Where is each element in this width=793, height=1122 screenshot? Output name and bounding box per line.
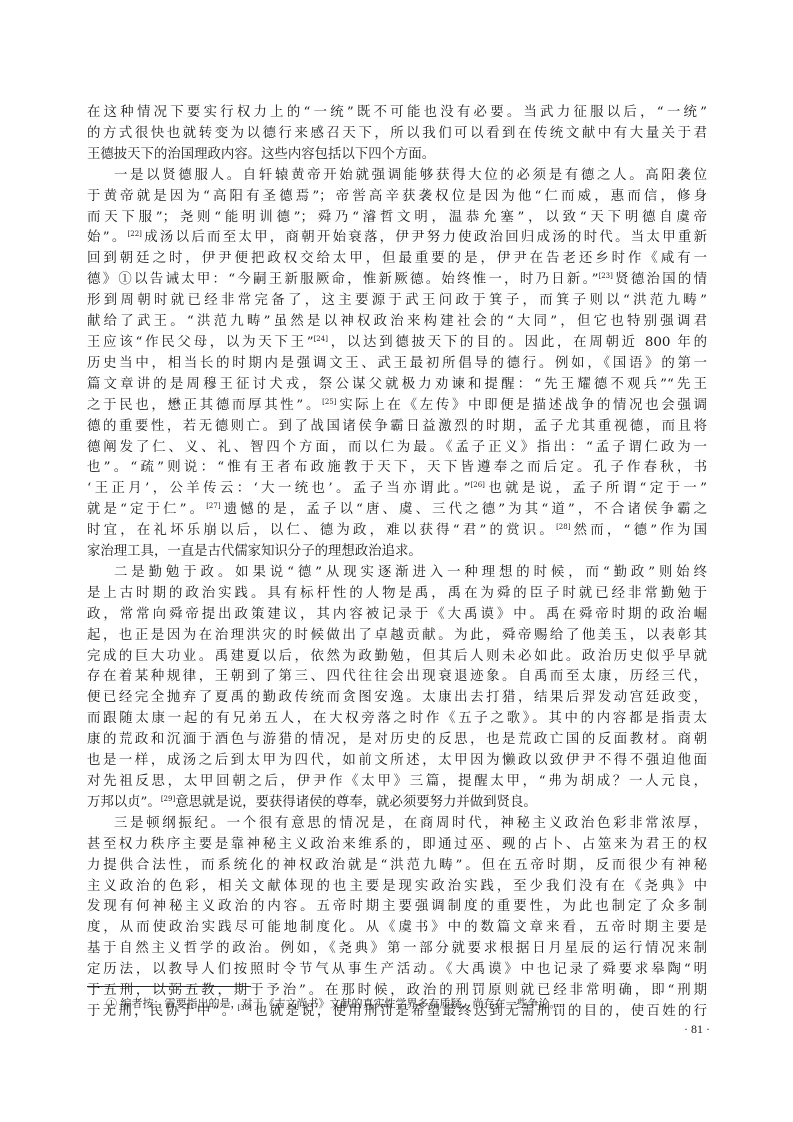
text-line: 王德披天下的治国理政内容。这些内容包括以下四个方面。 bbox=[87, 145, 707, 166]
text-line: 也是一样，成汤之后到太甲为四代，如前文所述，太甲因为懒政以致伊尹不得不强迫他面 bbox=[87, 751, 707, 772]
text-line: 一是以贤德服人。自轩辕黄帝开始就强调能够获得大位的必须是有德之人。高阳袭位 bbox=[87, 166, 707, 187]
text-line: 便已经完全抛弃了夏禹的勤政传统而贪图安逸。太康出去打猎，结果后羿发动宫廷政变， bbox=[87, 688, 707, 709]
text-line: 主义政治的色彩，相关文献体现的也主要是现实政治实践，至少我们没有在《尧典》中 bbox=[87, 877, 707, 898]
citation-ref: [24] bbox=[314, 335, 328, 343]
text-line: 康的荒政和沉湎于酒色与游猎的情况，是对历史的反思，也是荒政亡国的反面教材。商朝 bbox=[87, 730, 707, 751]
text-line: ‘王正月’，公羊传云：‘大一统也’。孟子当亦谓此。”[26]也就是说，孟子所谓“… bbox=[87, 479, 707, 500]
text-line: 是上古时期的政治实践。具有标杆性的人物是禹，禹在为舜的臣子时就已经非常勤勉于 bbox=[87, 584, 707, 605]
text-line: 历史当中，相当长的时期内是强调文王、武王最初所倡导的德行。例如，《国语》的第一 bbox=[87, 354, 707, 375]
text-line: 回到朝廷之时，伊尹便把政权交给太甲，但最重要的是，伊尹在告老还乡时作《咸有一 bbox=[87, 249, 707, 270]
text-line: 二是勤勉于政。如果说“德”从现实逐渐进入一种理想的时候，而“勤政”则始终 bbox=[87, 563, 707, 584]
text-line: 甚至权力秩序主要是靠神秘主义政治来维系的，即通过巫、觋的占卜、占筮来为君王的权 bbox=[87, 835, 707, 856]
text-line: 度，从而使政治实践尽可能地制度化。从《虞书》中的数篇文章来看，五帝时期主要是 bbox=[87, 918, 707, 939]
text-line: 起，也正是因为在治理洪灾的时候做出了卓越贡献。为此，舜帝赐给了他美玉，以表彰其 bbox=[87, 626, 707, 647]
text-line: 王应该“作民父母，以为天下王”[24]，以达到德披天下的目的。因此，在周朝近 8… bbox=[87, 333, 707, 354]
text-line: 发现有何神秘主义政治的内容。五帝时期主要强调制度的重要性，为此也制定了众多制 bbox=[87, 897, 707, 918]
body-text: 在这种情况下要实行权力上的“一统”既不可能也没有必要。当武力征服以后，“一统”的… bbox=[87, 103, 707, 1023]
text-line: 三是顿纲振纪。一个很有意思的情况是，在商周时代，神秘主义政治色彩非常浓厚， bbox=[87, 814, 707, 835]
text-line: 始”。[22]成汤以后而至太甲，商朝开始衰落，伊尹努力使政治回归成汤的时代。当太… bbox=[87, 228, 707, 249]
text-line: 德阐发了仁、义、礼、智四个方面，而以仁为最。《孟子正义》指出：“孟子谓仁政为一 bbox=[87, 438, 707, 459]
text-line: 在这种情况下要实行权力上的“一统”既不可能也没有必要。当武力征服以后，“一统” bbox=[87, 103, 707, 124]
text-line: 之于民也，懋正其德而厚其性”。[25]实际上在《左传》中即便是描述战争的情况也会… bbox=[87, 396, 707, 417]
text-line: 篇文章讲的是周穆王征讨犬戎，祭公谋父就极力劝谏和提醒：“先王耀德不观兵”“先王 bbox=[87, 375, 707, 396]
footnote-marker: ① bbox=[106, 997, 117, 1010]
text-line: 家治理工具，一直是古代儒家知识分子的理想政治追求。 bbox=[87, 542, 707, 563]
text-line: 基于自然主义哲学的政治。例如，《尧典》第一部分就要求根据日月星辰的运行情况来制 bbox=[87, 939, 707, 960]
citation-ref: [22] bbox=[128, 230, 142, 238]
text-line: 力提供合法性，而系统化的神权政治就是“洪范九畴”。但在五帝时期，反而很少有神秘 bbox=[87, 856, 707, 877]
citation-ref: [28] bbox=[556, 523, 570, 531]
text-line: 德》①以告诫太甲：“今嗣王新服厥命，惟新厥德。始终惟一，时乃日新。”[23]贤德… bbox=[87, 270, 707, 291]
text-line: 对先祖反思，太甲回朝之后，伊尹作《太甲》三篇，提醒太甲，“弗为胡成？一人元良， bbox=[87, 772, 707, 793]
footnote-text: 编者按：需要指出的是，对于《古文尚书》文献的真实性学界多有质疑，尚存在一些争论。 bbox=[121, 997, 561, 1010]
page-number: · 81 · bbox=[660, 1022, 710, 1037]
text-line: 也”。“疏”则说：“惟有王者布政施教于天下，天下皆遵奉之而后定。孔子作春秋，书 bbox=[87, 458, 707, 479]
text-line: 存在着某种规律，王朝到了第三、四代往往会出现衰退迹象。自禹而至太康，历经三代， bbox=[87, 667, 707, 688]
text-line: 完成的巨大功业。禹建夏以后，依然为政勤勉，但其后人则未必如此。政治历史似乎早就 bbox=[87, 647, 707, 668]
text-line: 政，常常向舜帝提出政策建议，其内容被记录于《大禹谟》中。禹在舜帝时期的政治崛 bbox=[87, 605, 707, 626]
footnote: ① 编者按：需要指出的是，对于《古文尚书》文献的真实性学界多有质疑，尚存在一些争… bbox=[106, 996, 706, 1012]
text-line: 的方式很快也就转变为以德行来感召天下，所以我们可以看到在传统文献中有大量关于君 bbox=[87, 124, 707, 145]
text-line: 而天下服”；尧则“能明训德”；舜乃“濬哲文明，温恭允塞”，以致“天下明德自虞帝 bbox=[87, 208, 707, 229]
text-line: 定历法，以教导人们按照时令节气从事生产活动。《大禹谟》中也记录了舜要求皋陶“明 bbox=[87, 960, 707, 981]
text-line: 时宜，在礼坏乐崩以后，以仁、德为政，难以获得“君”的赏识。[28]然而，“德”作… bbox=[87, 521, 707, 542]
citation-ref: [29] bbox=[161, 795, 175, 803]
text-line: 形到周朝时就已经非常完备了，这主要源于武王问政于箕子，而箕子则以“洪范九畴” bbox=[87, 291, 707, 312]
text-line: 于黄帝就是因为“高阳有圣德焉”；帝喾高辛获袭权位是因为他“仁而威，惠而信，修身 bbox=[87, 187, 707, 208]
document-page: 在这种情况下要实行权力上的“一统”既不可能也没有必要。当武力征服以后，“一统”的… bbox=[0, 0, 793, 1122]
citation-ref: [27] bbox=[206, 502, 220, 510]
citation-ref: [23] bbox=[598, 272, 612, 280]
footnote-divider bbox=[87, 986, 251, 987]
text-line: 德的重要性，若无德则亡。到了战国诸侯争霸日益激烈的时期，孟子尤其重视德，而且将 bbox=[87, 417, 707, 438]
citation-ref: [26] bbox=[471, 481, 485, 489]
text-line: 而跟随太康一起的有兄弟五人，在大权旁落之时作《五子之歌》。其中的内容都是指责太 bbox=[87, 709, 707, 730]
text-line: 就是“定于仁”。[27]遗憾的是，孟子以“唐、虞、三代之德”为其“道”，不合诸侯… bbox=[87, 500, 707, 521]
citation-ref: [25] bbox=[322, 398, 336, 406]
text-line: 献给了武王。“洪范九畴”虽然是以神权政治来构建社会的“大同”，但它也特别强调君 bbox=[87, 312, 707, 333]
text-line: 万邦以贞”。[29]意思就是说，要获得诸侯的尊奉，就必须要努力并做到贤良。 bbox=[87, 793, 707, 814]
